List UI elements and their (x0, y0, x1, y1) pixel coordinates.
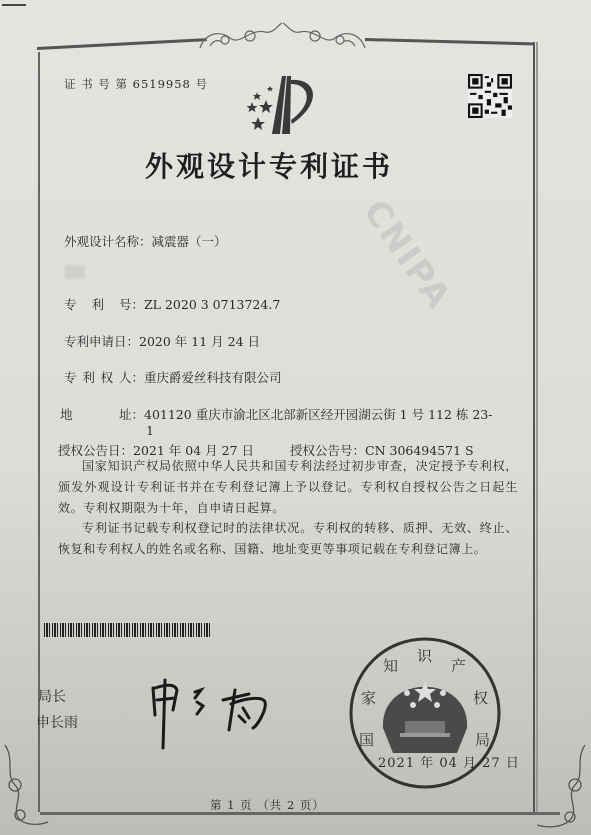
design-name-label: 外观设计名称： (64, 234, 152, 249)
label-char: 专 (64, 368, 77, 386)
signature-icon (145, 670, 275, 750)
patent-number-field: 专 利 号： ZL 2020 3 0713724.7 (64, 295, 280, 313)
label-char: 利 (91, 295, 104, 313)
label-char: 址： (119, 405, 144, 423)
svg-text:权: 权 (473, 689, 488, 707)
patentee-label: 专 利 权 人： (64, 368, 144, 386)
svg-text:产: 产 (451, 657, 466, 675)
address-field: 地 址： 401120 重庆市渝北区北部新区经开园湖云街 1 号 112 栋 2… (60, 405, 493, 423)
director-title: 局长 (38, 686, 66, 706)
address-value-continued: 1 (146, 423, 154, 438)
ornament-bottom-left-icon (0, 740, 50, 830)
frame-border-top-left (37, 38, 207, 50)
svg-text:局: 局 (475, 731, 490, 749)
redacted-area (65, 265, 85, 279)
application-date-label: 专利申请日： (64, 334, 139, 349)
seal-date: 2021 年 04 月 27 日 (378, 752, 520, 771)
ornament-bottom-right-icon (535, 740, 591, 835)
label-char: 权 (101, 368, 114, 386)
director-name: 申长雨 (36, 712, 78, 732)
svg-text:识: 识 (417, 647, 433, 665)
application-date-field: 专利申请日：2020 年 11 月 24 日 (64, 332, 260, 350)
svg-text:家: 家 (361, 689, 376, 707)
certificate-number: 证 书 号 第 6519958 号 (64, 76, 208, 92)
label-char: 利 (82, 368, 95, 386)
label-char: 地 (60, 405, 73, 423)
design-name-value: 减震器（一） (152, 234, 227, 249)
label-char: 专 (64, 295, 77, 313)
address-value: 401120 重庆市渝北区北部新区经开园湖云街 1 号 112 栋 23- (144, 407, 493, 422)
label-char: 号： (119, 295, 144, 313)
cnipa-logo-icon (244, 72, 324, 136)
patent-number-label: 专 利 号： (64, 295, 144, 313)
page-title: 外观设计专利证书 (145, 145, 393, 185)
patentee-value: 重庆爵爱丝科技有限公司 (144, 370, 282, 385)
frame-border-right (533, 42, 535, 812)
application-date-value: 2020 年 11 月 24 日 (139, 334, 260, 349)
patentee-field: 专 利 权 人： 重庆爵爱丝科技有限公司 (64, 368, 282, 386)
label-char: 人： (119, 368, 144, 386)
qr-code-icon (468, 74, 512, 118)
corner-mark (2, 4, 26, 6)
body-paragraph-2: 专利证书记载专利权登记时的法律状况。专利权的转移、质押、无效、终止、恢复和专利权… (58, 518, 518, 560)
watermark: CNIPA (355, 193, 459, 318)
svg-text:国: 国 (359, 731, 374, 749)
address-label: 地 址： (60, 405, 144, 423)
barcode (44, 623, 212, 637)
body-paragraph-1: 国家知识产权局依照中华人民共和国专利法经过初步审查，决定授予专利权，颁发外观设计… (58, 456, 518, 519)
frame-border-top-right (365, 38, 535, 45)
svg-text:知: 知 (383, 657, 398, 675)
ornament-top-icon (195, 18, 370, 53)
page-indicator: 第 1 页 （共 2 页） (210, 797, 325, 813)
design-name-field: 外观设计名称：减震器（一） (64, 232, 227, 250)
patent-number-value: ZL 2020 3 0713724.7 (144, 297, 280, 312)
